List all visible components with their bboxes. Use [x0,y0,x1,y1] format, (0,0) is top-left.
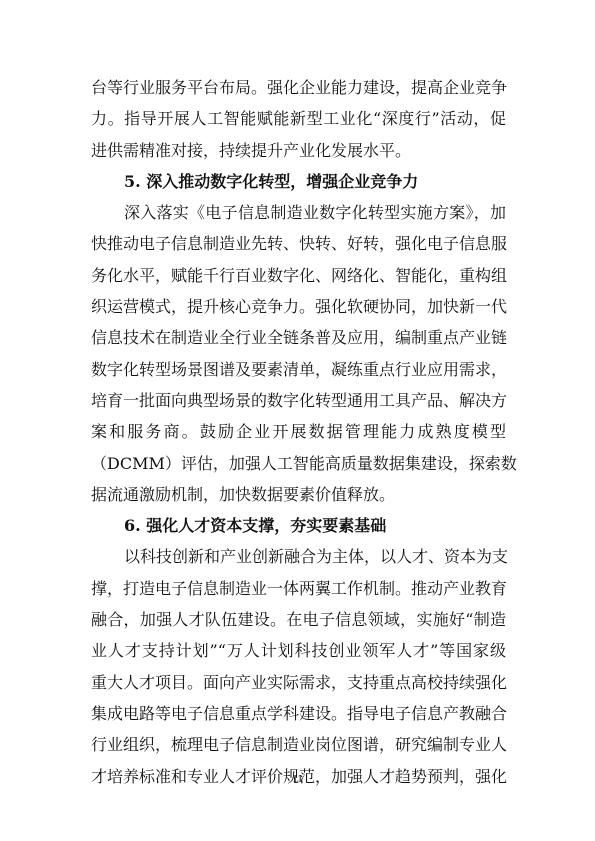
text-line: 培育一批面向典型场景的数字化转型通用工具产品、解决方 [91,385,506,416]
text-line: 融合，加强人才队伍建设。在电子信息领域，实施好“制造 [91,604,506,635]
text-line: 以科技创新和产业创新融合为主体，以人才、资本为支 [91,541,506,572]
text-line: 撑，打造电子信息制造业一体两翼工作机制。推动产业教育 [91,573,506,604]
text-line: 快推动电子信息制造业先转、快转、好转，强化电子信息服 [91,228,506,259]
page-body: 台等行业服务平台布局。强化企业能力建设，提高企业竞争 力。指导开展人工智能赋能新… [91,72,506,792]
section-heading-5: 5. 深入推动数字化转型，增强企业竞争力 [91,166,506,197]
text-line: 进供需精准对接，持续提升产业化发展水平。 [91,135,506,166]
text-line: 力。指导开展人工智能赋能新型工业化“深度行”活动，促 [91,103,506,134]
text-line: 数字化转型场景图谱及要素清单，凝练重点行业应用需求， [91,354,506,385]
section-heading-6: 6. 强化人才资本支撑，夯实要素基础 [91,510,506,541]
text-line: 集成电路等电子信息重点学科建设。指导电子信息产教融合 [91,698,506,729]
text-line: 据流通激励机制，加快数据要素价值释放。 [91,479,506,510]
text-line: 务化水平，赋能千行百业数字化、网络化、智能化，重构组 [91,260,506,291]
text-line: （DCMM）评估，加强人工智能高质量数据集建设，探索数 [91,448,506,479]
page-number: 11 [0,773,595,785]
text-line: 织运营模式，提升核心竞争力。强化软硬协同，加快新一代 [91,291,506,322]
text-line: 信息技术在制造业全行业全链条普及应用，编制重点产业链 [91,322,506,353]
text-line: 业人才支持计划”“万人计划科技创业领军人才”等国家级 [91,635,506,666]
text-line: 深入落实《电子信息制造业数字化转型实施方案》，加 [91,197,506,228]
text-line: 台等行业服务平台布局。强化企业能力建设，提高企业竞争 [91,72,506,103]
document-page: 台等行业服务平台布局。强化企业能力建设，提高企业竞争 力。指导开展人工智能赋能新… [0,0,595,841]
text-line: 案和服务商。鼓励企业开展数据管理能力成熟度模型 [91,416,506,447]
text-line: 重大人才项目。面向产业实际需求，支持重点高校持续强化 [91,667,506,698]
text-line: 行业组织，梳理电子信息制造业岗位图谱，研究编制专业人 [91,729,506,760]
